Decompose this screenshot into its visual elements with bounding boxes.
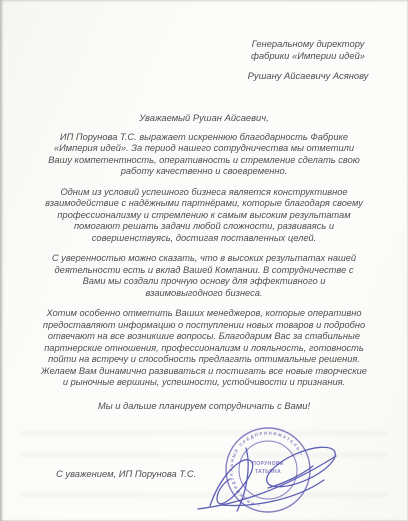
paragraph-partnership: Одним из условий успешного бизнеса являе… xyxy=(42,187,366,245)
seal-and-signature-area: • ИНДИВИДУАЛЬНЫЙ ПРЕДПРИНИМАТЕЛЬ • ПОРУН… xyxy=(150,418,380,518)
paragraph-gratitude: ИП Порунова Т.С. выражает искреннюю благ… xyxy=(44,132,364,178)
recipient-block: Генеральному директору фабрики «Империи … xyxy=(224,0,392,82)
handwritten-signature-icon xyxy=(198,439,340,511)
scanned-letter-page: Генеральному директору фабрики «Империи … xyxy=(0,0,408,521)
closing-line: Мы и дальше планируем сотрудничать с Вам… xyxy=(0,400,408,411)
paragraph-managers: Хотим особенно отметить Ваших менеджеров… xyxy=(41,308,367,389)
recipient-name: Рушану Айсаевичу Асянову xyxy=(224,70,392,82)
recipient-title-line: Генеральному директору xyxy=(224,38,392,50)
paragraph-contribution: С уверенностью можно сказать, что в высо… xyxy=(44,253,364,299)
letter-body: ИП Порунова Т.С. выражает искреннюю благ… xyxy=(0,132,408,389)
salutation: Уважаемый Рушан Айсаевич, xyxy=(0,112,408,123)
recipient-company-line: фабрики «Империи идей» xyxy=(224,50,392,62)
round-seal-stamp-icon: • ИНДИВИДУАЛЬНЫЙ ПРЕДПРИНИМАТЕЛЬ • ПОРУН… xyxy=(226,428,310,512)
